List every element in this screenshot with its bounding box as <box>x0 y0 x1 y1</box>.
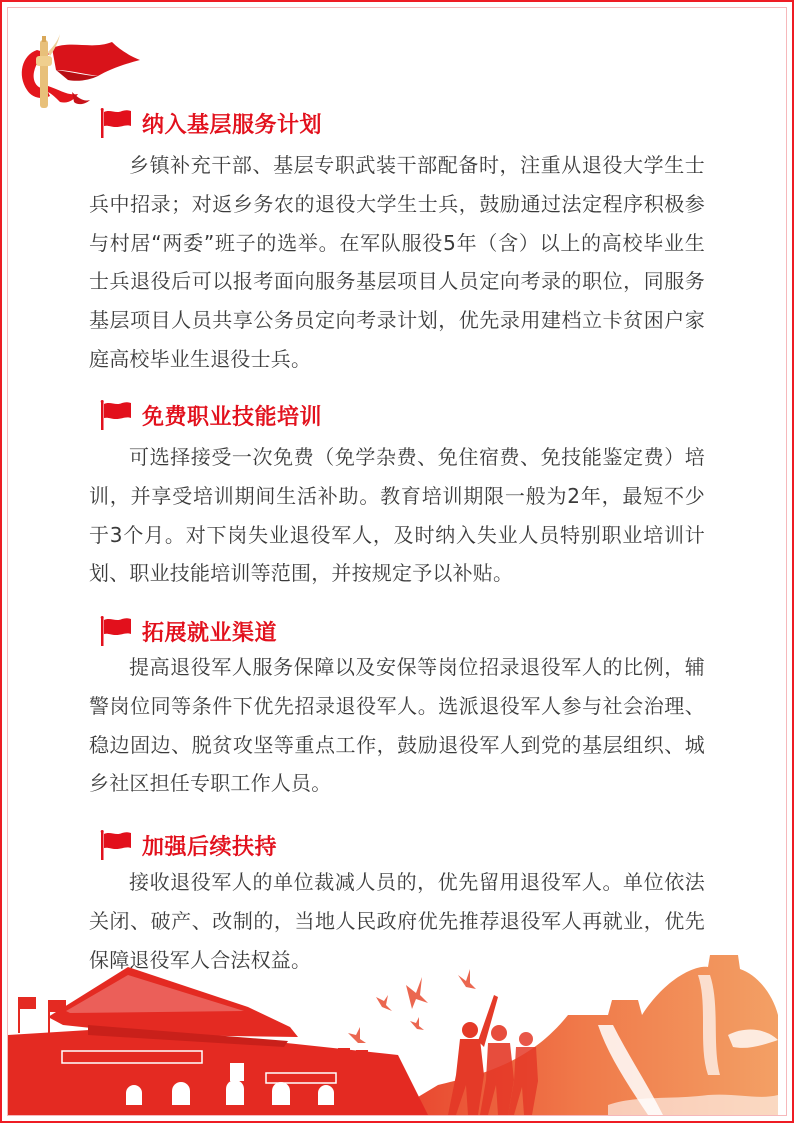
red-flag-icon <box>100 400 132 430</box>
red-flag-icon <box>100 830 132 860</box>
red-flag-icon <box>100 108 132 138</box>
section-body-3: 提高退役军人服务保障以及安保等岗位招录退役军人的比例，辅警岗位同等条件下优先招录… <box>89 648 705 803</box>
tiananmen-great-wall-illustration <box>8 955 786 1115</box>
section-heading-text: 纳入基层服务计划 <box>142 108 322 139</box>
section-heading-text: 拓展就业渠道 <box>142 616 277 647</box>
section-heading-1: 纳入基层服务计划 <box>100 108 322 138</box>
section-body-2: 可选择接受一次免费（免学杂费、免住宿费、免技能鉴定费）培训，并享受培训期间生活补… <box>89 438 705 593</box>
section-body-1: 乡镇补充干部、基层专职武装干部配备时，注重从退役大学生士兵中招录；对返乡务农的退… <box>89 146 705 379</box>
section-heading-text: 加强后续扶持 <box>142 830 277 861</box>
section-heading-4: 加强后续扶持 <box>100 830 277 860</box>
section-heading-3: 拓展就业渠道 <box>100 616 277 646</box>
huabiao-ribbon-icon <box>12 30 142 110</box>
section-heading-2: 免费职业技能培训 <box>100 400 322 430</box>
red-flag-icon <box>100 616 132 646</box>
section-heading-text: 免费职业技能培训 <box>142 400 322 431</box>
